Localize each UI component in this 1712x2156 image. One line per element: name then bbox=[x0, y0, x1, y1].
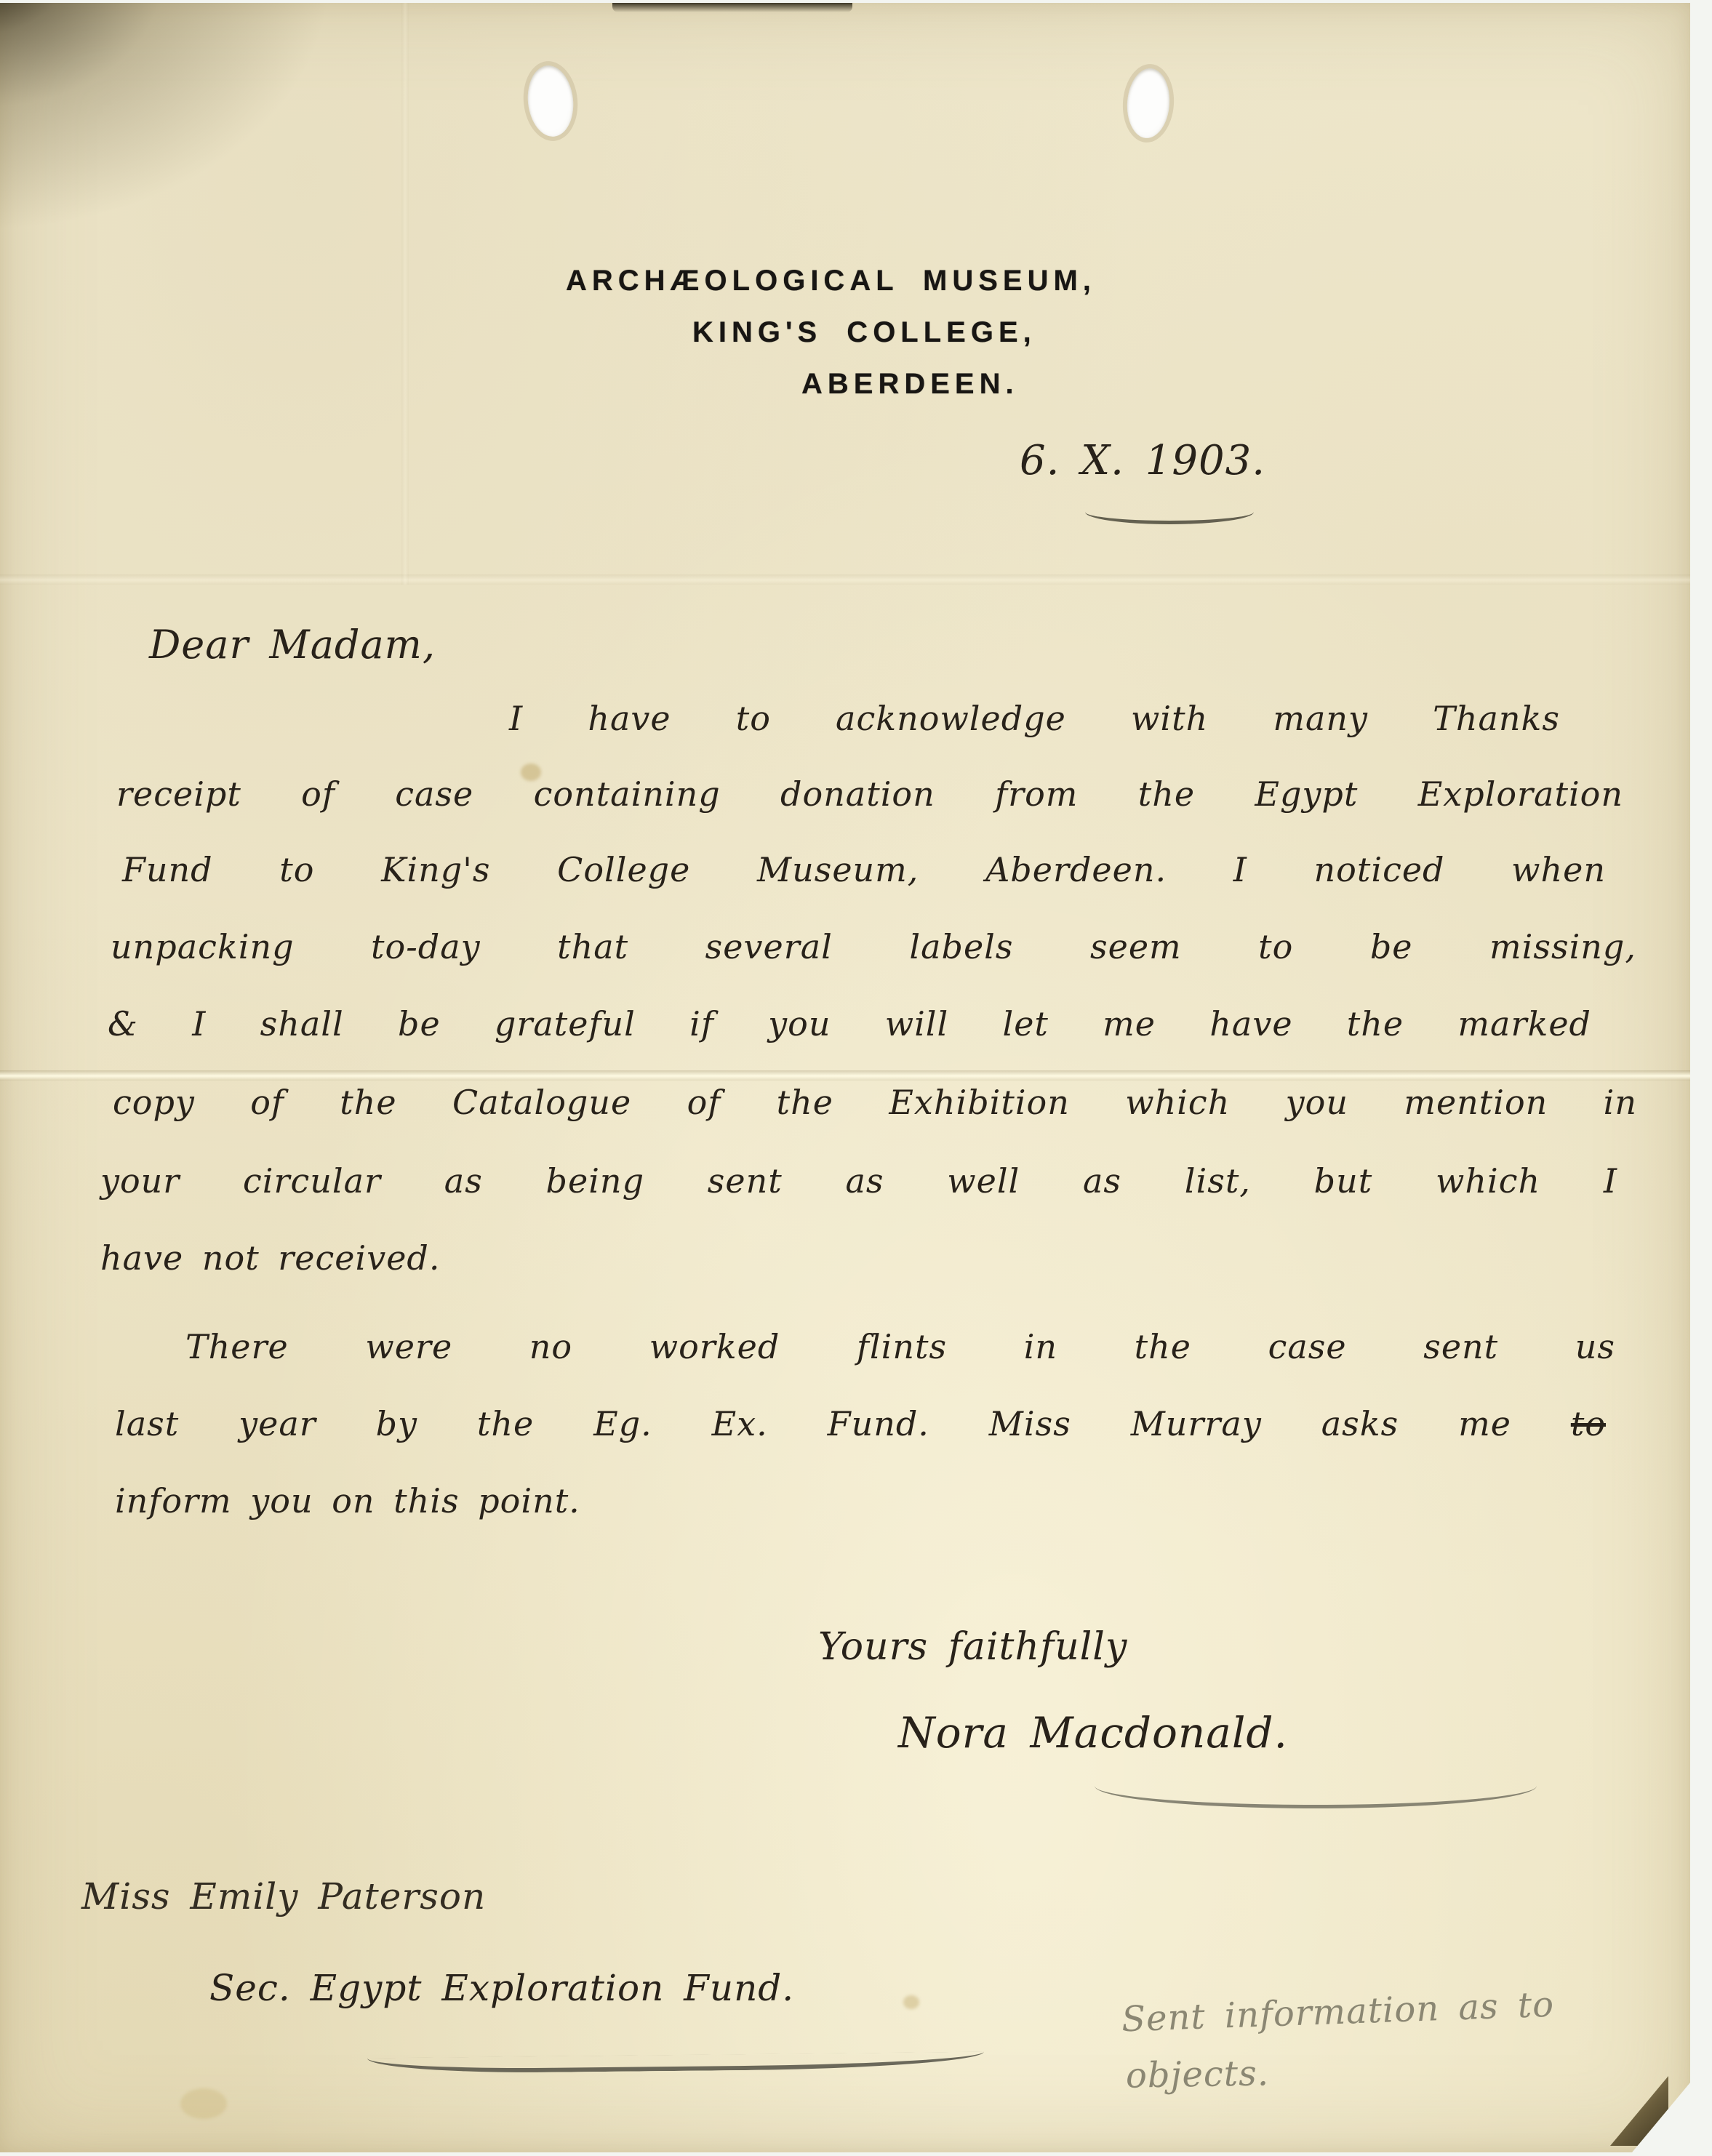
body-line: & I shall be grateful if you will let me… bbox=[108, 1005, 1591, 1043]
salutation: Dear Madam, bbox=[149, 622, 436, 668]
pencil-note-line: objects. bbox=[1126, 2053, 1270, 2096]
punch-hole-right bbox=[1125, 67, 1172, 140]
top-edge-shadow bbox=[612, 3, 852, 12]
letterhead-museum: ARCHÆOLOGICAL MUSEUM, bbox=[566, 265, 1096, 297]
recipient-title: Sec. Egypt Exploration Fund. bbox=[209, 1968, 794, 2010]
body-line-text: last year by the Eg. Ex. Fund. Miss Murr… bbox=[115, 1404, 1511, 1443]
struck-out-word: to bbox=[1571, 1404, 1606, 1443]
body-line: have not received. bbox=[100, 1239, 441, 1278]
valediction: Yours faithfully bbox=[818, 1626, 1127, 1670]
fox-spot bbox=[180, 2088, 227, 2119]
fox-spot bbox=[903, 1995, 919, 2009]
body-line: your circular as being sent as well as l… bbox=[100, 1162, 1617, 1201]
punch-hole-left bbox=[524, 63, 577, 139]
letter-paper: ARCHÆOLOGICAL MUSEUM, KING'S COLLEGE, AB… bbox=[0, 3, 1690, 2152]
body-line: I have to acknowledge with many Thanks bbox=[509, 700, 1560, 738]
top-left-stain bbox=[0, 3, 378, 265]
fold-crease-vertical bbox=[401, 3, 409, 585]
letterhead-college: KING'S COLLEGE, bbox=[692, 316, 1036, 349]
body-line: inform you on this point. bbox=[115, 1482, 580, 1520]
body-line: unpacking to-day that several labels see… bbox=[111, 928, 1636, 966]
signature-underline bbox=[1095, 1786, 1537, 1808]
body-line: last year by the Eg. Ex. Fund. Miss Murr… bbox=[115, 1405, 1606, 1443]
fold-crease-upper bbox=[0, 574, 1690, 585]
scanned-letter-page: ARCHÆOLOGICAL MUSEUM, KING'S COLLEGE, AB… bbox=[0, 0, 1712, 2156]
signature: Nora Macdonald. bbox=[898, 1709, 1288, 1758]
body-line: Fund to King's College Museum, Aberdeen.… bbox=[122, 851, 1606, 889]
fold-crease-main bbox=[0, 1070, 1690, 1081]
letter-date: 6. X. 1903. bbox=[1020, 438, 1265, 484]
pencil-note-line: Sent information as to bbox=[1121, 1985, 1555, 2040]
date-underline bbox=[1085, 512, 1254, 524]
body-line: copy of the Catalogue of the Exhibition … bbox=[113, 1083, 1637, 1122]
address-underline bbox=[367, 2052, 984, 2075]
recipient-name: Miss Emily Paterson bbox=[81, 1876, 486, 1918]
folded-corner bbox=[1610, 2076, 1668, 2146]
body-line: There were no worked flints in the case … bbox=[185, 1328, 1615, 1366]
letterhead-city: ABERDEEN. bbox=[801, 368, 1019, 401]
body-line: receipt of case containing donation from… bbox=[116, 775, 1623, 814]
